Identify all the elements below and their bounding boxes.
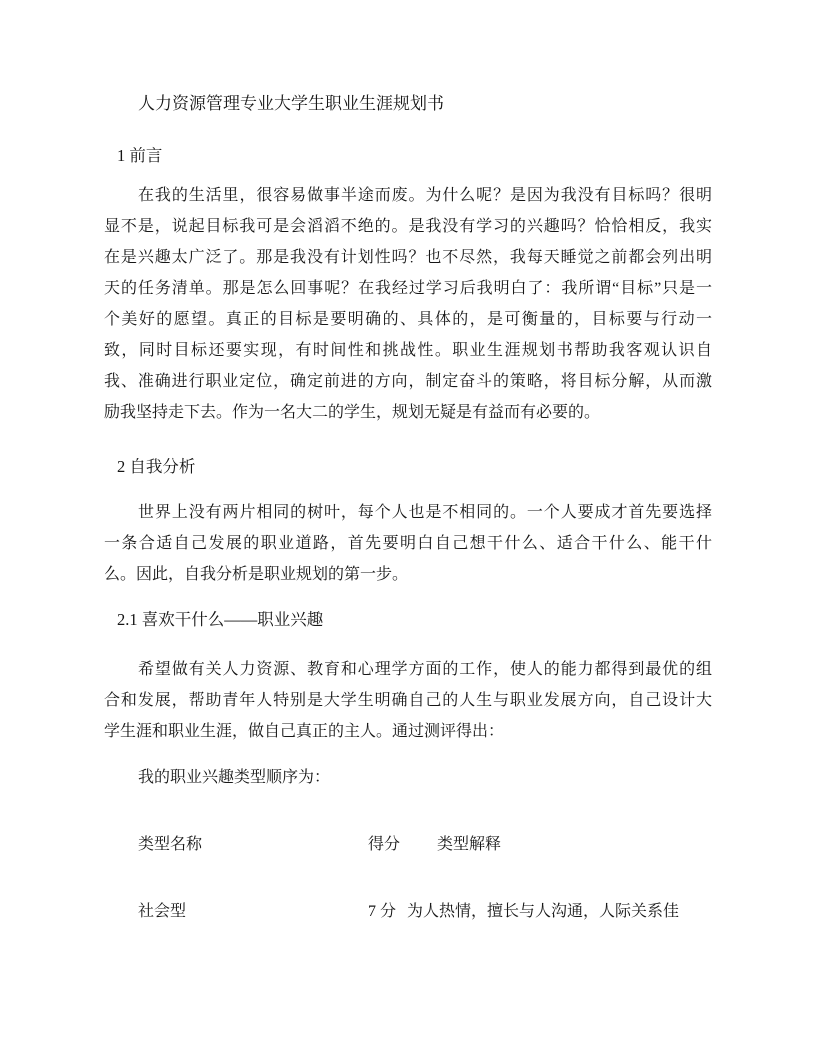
paragraph-line: 个美好的愿望。真正的目标是要明确的、具体的，是可衡量的，目标要与行动一 <box>104 304 712 335</box>
document-page: 人力资源管理专业大学生职业生涯规划书 1 前言 在我的生活里，很容易做事半途而废… <box>0 0 816 1056</box>
paragraph-line: 励我坚持走下去。作为一名大二的学生，规划无疑是有益而有必要的。 <box>104 397 712 428</box>
table-header-type-name: 类型名称 <box>104 829 368 860</box>
paragraph-line: 天的任务清单。那是怎么回事呢？在我经过学习后我明白了：我所谓“目标”只是一 <box>104 273 712 304</box>
paragraph-line: 一条合适自己发展的职业道路，首先要明白自己想干什么、适合干什么、能干什 <box>104 528 712 559</box>
interest-table-header-row: 类型名称 得分 类型解释 <box>104 829 712 860</box>
paragraph-self-analysis: 世界上没有两片相同的树叶，每个人也是不相同的。一个人要成才首先要选择 一条合适自… <box>104 497 712 590</box>
heading-career-interest: 2.1 喜欢干什么——职业兴趣 <box>117 604 712 635</box>
paragraph-line: 在我的生活里，很容易做事半途而废。为什么呢？是因为我没有目标吗？很明 <box>104 180 712 211</box>
paragraph-line: 希望做有关人力资源、教育和心理学方面的工作，使人的能力都得到最优的组 <box>104 654 712 685</box>
interest-order-intro: 我的职业兴趣类型顺序为： <box>104 762 712 793</box>
table-cell-type-explanation: 为人热情，擅长与人沟通，人际关系佳 <box>407 896 712 927</box>
document-content: 人力资源管理专业大学生职业生涯规划书 1 前言 在我的生活里，很容易做事半途而废… <box>0 0 816 927</box>
paragraph-preface: 在我的生活里，很容易做事半途而废。为什么呢？是因为我没有目标吗？很明 显不是，说… <box>104 180 712 428</box>
table-cell-score: 7 分 <box>368 896 407 927</box>
table-cell-type-name: 社会型 <box>104 896 368 927</box>
paragraph-line: 世界上没有两片相同的树叶，每个人也是不相同的。一个人要成才首先要选择 <box>104 497 712 528</box>
paragraph-line: 合和发展，帮助青年人特别是大学生明确自己的人生与职业发展方向，自己设计大 <box>104 685 712 716</box>
paragraph-line: 显不是，说起目标我可是会滔滔不绝的。是我没有学习的兴趣吗？恰恰相反，我实 <box>104 211 712 242</box>
document-title: 人力资源管理专业大学生职业生涯规划书 <box>104 88 712 119</box>
interest-table-row: 社会型 7 分 为人热情，擅长与人沟通，人际关系佳 <box>104 896 712 927</box>
paragraph-line: 在是兴趣太广泛了。那是我没有计划性吗？也不尽然，我每天睡觉之前都会列出明 <box>104 242 712 273</box>
heading-self-analysis: 2 自我分析 <box>117 451 712 482</box>
table-header-score: 得分 <box>368 829 437 860</box>
table-header-type-explanation: 类型解释 <box>437 829 712 860</box>
paragraph-line: 致，同时目标还要实现，有时间性和挑战性。职业生涯规划书帮助我客观认识自 <box>104 335 712 366</box>
heading-preface: 1 前言 <box>117 140 712 171</box>
paragraph-line: 么。因此，自我分析是职业规划的第一步。 <box>104 559 712 590</box>
paragraph-line: 我、准确进行职业定位，确定前进的方向，制定奋斗的策略，将目标分解，从而激 <box>104 366 712 397</box>
paragraph-career-interest: 希望做有关人力资源、教育和心理学方面的工作，使人的能力都得到最优的组 合和发展，… <box>104 654 712 747</box>
paragraph-line: 学生涯和职业生涯，做自己真正的主人。通过测评得出： <box>104 716 712 747</box>
